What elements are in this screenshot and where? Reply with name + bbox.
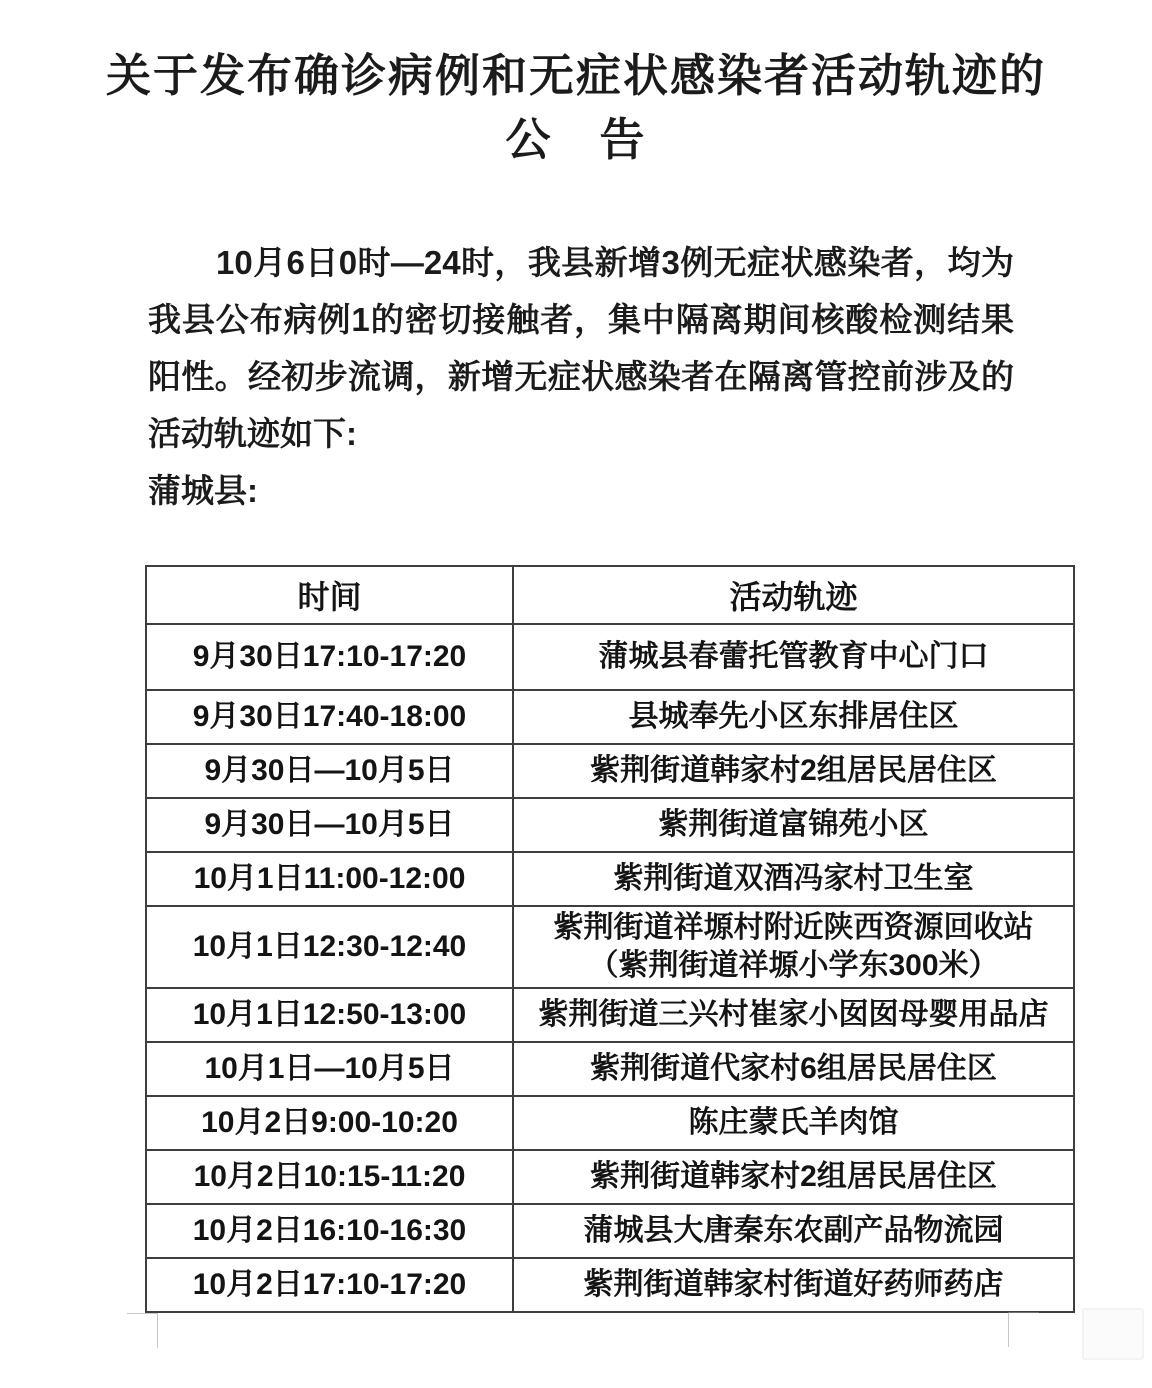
- table-row: 10月2日17:10-17:20 紫荆街道韩家村街道好药师药店: [146, 1258, 1074, 1312]
- table-row: 10月2日10:15-11:20 紫荆街道韩家村2组居民居住区: [146, 1150, 1074, 1204]
- announcement-paragraph: 10月6日0时—24时，我县新增3例无症状感染者，均为我县公布病例1的密切接触者…: [148, 234, 1014, 462]
- time-cell: 10月2日9:00-10:20: [146, 1096, 513, 1150]
- column-header-time: 时间: [146, 566, 513, 624]
- time-cell: 9月30日—10月5日: [146, 744, 513, 798]
- county-label: 蒲城县:: [148, 462, 1152, 519]
- time-cell: 10月2日17:10-17:20: [146, 1258, 513, 1312]
- trajectory-table: 时间 活动轨迹 9月30日17:10-17:20 蒲城县春蕾托管教育中心门口 9…: [145, 565, 1075, 1313]
- page-title: 关于发布确诊病例和无症状感染者活动轨迹的 公 告: [0, 44, 1152, 172]
- time-cell: 10月2日16:10-16:30: [146, 1204, 513, 1258]
- trajectory-cell: 紫荆街道三兴村崔家小囡囡母婴用品店: [513, 988, 1074, 1042]
- column-header-trajectory: 活动轨迹: [513, 566, 1074, 624]
- watermark-ghost: [1082, 1308, 1144, 1360]
- time-cell: 9月30日17:40-18:00: [146, 690, 513, 744]
- time-cell: 9月30日—10月5日: [146, 798, 513, 852]
- trajectory-cell: 紫荆街道韩家村街道好药师药店: [513, 1258, 1074, 1312]
- time-cell: 10月1日—10月5日: [146, 1042, 513, 1096]
- trajectory-cell: 紫荆街道韩家村2组居民居住区: [513, 1150, 1074, 1204]
- table-row: 9月30日—10月5日 紫荆街道韩家村2组居民居住区: [146, 744, 1074, 798]
- crop-mark-right: [1008, 1312, 1039, 1347]
- trajectory-cell: 紫荆街道双酒冯家村卫生室: [513, 852, 1074, 906]
- page-title-line2: 公 告: [0, 108, 1152, 172]
- trajectory-cell: 陈庄蒙氏羊肉馆: [513, 1096, 1074, 1150]
- table-row: 10月1日—10月5日 紫荆街道代家村6组居民居住区: [146, 1042, 1074, 1096]
- time-cell: 9月30日17:10-17:20: [146, 624, 513, 690]
- table-row: 9月30日17:10-17:20 蒲城县春蕾托管教育中心门口: [146, 624, 1074, 690]
- time-cell: 10月1日12:50-13:00: [146, 988, 513, 1042]
- table-row: 10月2日16:10-16:30 蒲城县大唐秦东农副产品物流园: [146, 1204, 1074, 1258]
- trajectory-cell: 县城奉先小区东排居住区: [513, 690, 1074, 744]
- trajectory-cell: 蒲城县大唐秦东农副产品物流园: [513, 1204, 1074, 1258]
- crop-mark-left: [127, 1313, 158, 1348]
- trajectory-cell: 紫荆街道祥塬村附近陕西资源回收站 （紫荆街道祥塬小学东300米）: [513, 906, 1074, 988]
- table-row: 10月1日12:30-12:40 紫荆街道祥塬村附近陕西资源回收站 （紫荆街道祥…: [146, 906, 1074, 988]
- table-row: 10月2日9:00-10:20 陈庄蒙氏羊肉馆: [146, 1096, 1074, 1150]
- table-header-row: 时间 活动轨迹: [146, 566, 1074, 624]
- trajectory-cell: 紫荆街道代家村6组居民居住区: [513, 1042, 1074, 1096]
- trajectory-cell: 紫荆街道韩家村2组居民居住区: [513, 744, 1074, 798]
- time-cell: 10月1日11:00-12:00: [146, 852, 513, 906]
- trajectory-cell: 紫荆街道富锦苑小区: [513, 798, 1074, 852]
- table-row: 9月30日17:40-18:00 县城奉先小区东排居住区: [146, 690, 1074, 744]
- table-row: 10月1日12:50-13:00 紫荆街道三兴村崔家小囡囡母婴用品店: [146, 988, 1074, 1042]
- table-row: 9月30日—10月5日 紫荆街道富锦苑小区: [146, 798, 1074, 852]
- time-cell: 10月1日12:30-12:40: [146, 906, 513, 988]
- table-row: 10月1日11:00-12:00 紫荆街道双酒冯家村卫生室: [146, 852, 1074, 906]
- time-cell: 10月2日10:15-11:20: [146, 1150, 513, 1204]
- page-title-line1: 关于发布确诊病例和无症状感染者活动轨迹的: [0, 44, 1152, 108]
- trajectory-cell: 蒲城县春蕾托管教育中心门口: [513, 624, 1074, 690]
